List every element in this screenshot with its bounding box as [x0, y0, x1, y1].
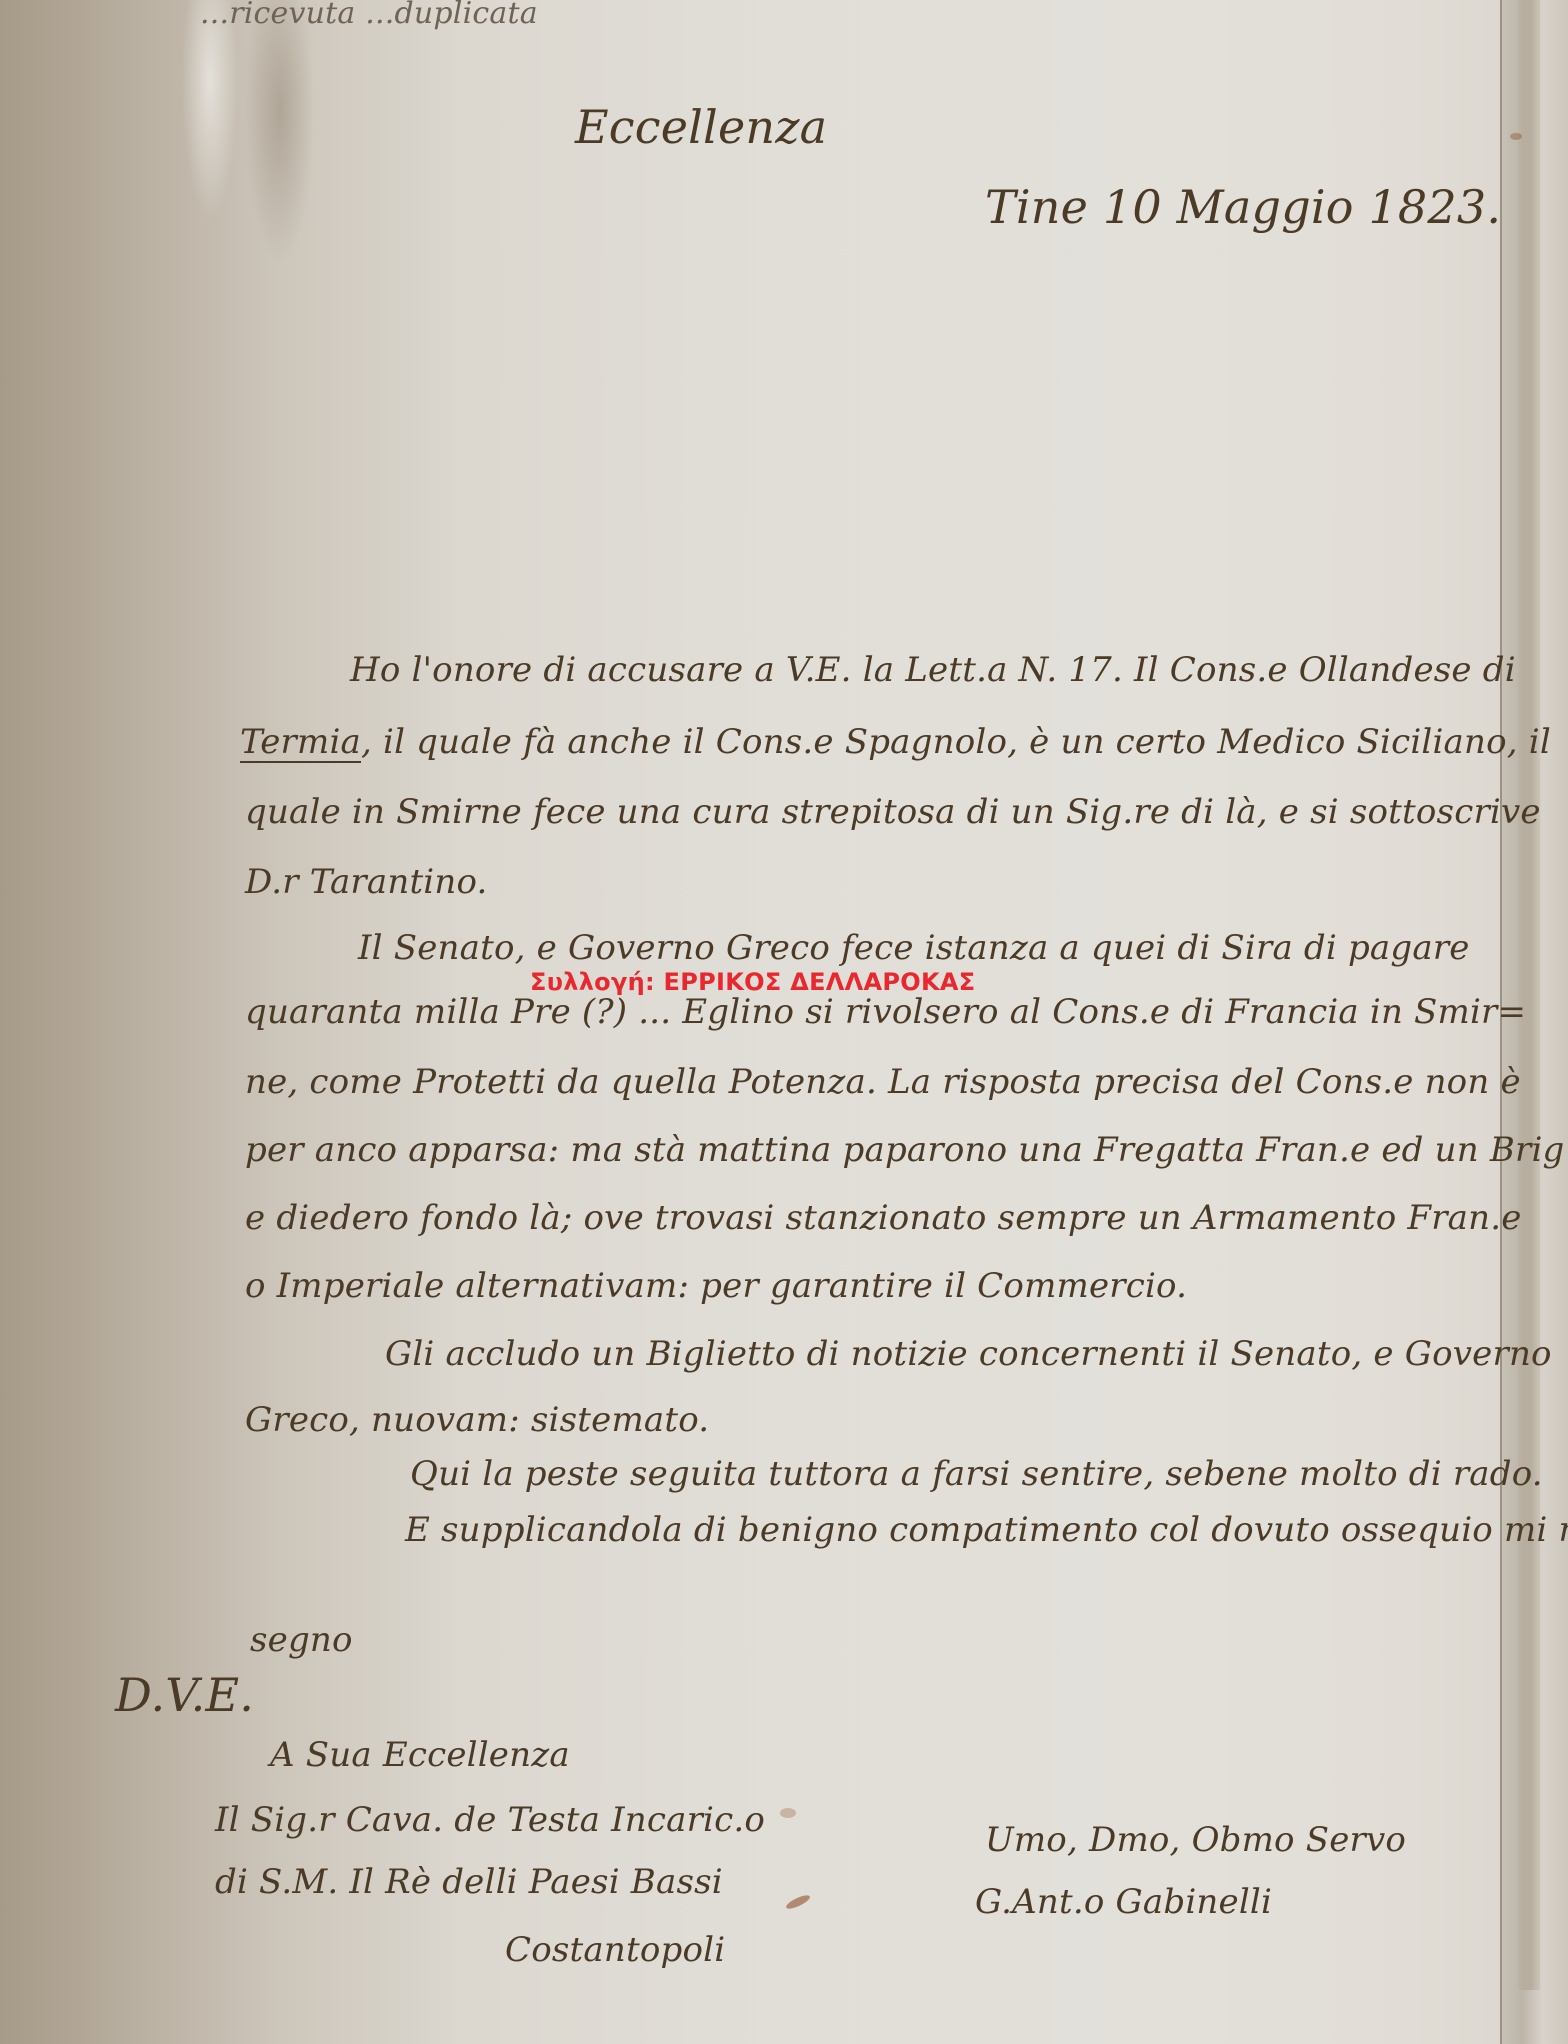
ink-stain: [780, 1808, 796, 1818]
body-line-15: segno: [250, 1620, 353, 1660]
closing-abbrev: D.V.E.: [115, 1668, 254, 1722]
signature-line-1: Umo, Dmo, Obmo Servo: [985, 1820, 1406, 1860]
salutation: Eccellenza: [575, 100, 827, 154]
signature-name: G.Ant.o Gabinelli: [975, 1882, 1272, 1922]
body-line-5: Il Senato, e Governo Greco fece istanza …: [358, 928, 1470, 968]
paper-fold-shadow: [150, 0, 330, 300]
body-line-6: quaranta milla Pre (?) ... Eglino si riv…: [245, 992, 1526, 1032]
collection-watermark: Συλλογή: ΕΡΡΙΚΟΣ ΔΕΛΛΑΡΟΚΑΣ: [530, 968, 975, 996]
body-line-4: D.r Tarantino.: [245, 862, 488, 902]
addressee-line-4: Costantopoli: [505, 1930, 725, 1970]
body-line-2-rest: , il quale fà anche il Cons.e Spagnolo, …: [361, 722, 1551, 762]
body-line-14: E supplicandola di benigno compatimento …: [405, 1510, 1568, 1550]
addressee-line-2: Il Sig.r Cava. de Testa Incaric.o: [215, 1800, 765, 1840]
place-date: Tine 10 Maggio 1823.: [985, 180, 1501, 234]
body-line-12: Greco, nuovam: sistemato.: [245, 1400, 709, 1440]
ink-stain: [1510, 133, 1522, 140]
addressee-line-3: di S.M. Il Rè delli Paesi Bassi: [215, 1862, 723, 1902]
body-line-3: quale in Smirne fece una cura strepitosa…: [245, 792, 1541, 832]
body-line-10: o Imperiale alternativam: per garantire …: [245, 1266, 1187, 1306]
body-line-9: e diedero fondo là; ove trovasi stanzion…: [245, 1198, 1522, 1238]
body-line-11: Gli accludo un Biglietto di notizie conc…: [385, 1334, 1552, 1374]
body-line-7: ne, come Protetti da quella Potenza. La …: [245, 1062, 1521, 1102]
place-name-termia: Termia: [240, 722, 361, 762]
addressee-line-1: A Sua Eccellenza: [270, 1735, 570, 1775]
body-line-1: Ho l'onore di accusare a V.E. la Lett.a …: [350, 650, 1516, 690]
body-line-13: Qui la peste seguita tuttora a farsi sen…: [410, 1454, 1543, 1494]
top-note: ...ricevuta ...duplicata: [200, 0, 538, 31]
body-line-8: per anco apparsa: ma stà mattina paparon…: [245, 1130, 1565, 1170]
body-line-2: Termia, il quale fà anche il Cons.e Spag…: [240, 722, 1551, 762]
